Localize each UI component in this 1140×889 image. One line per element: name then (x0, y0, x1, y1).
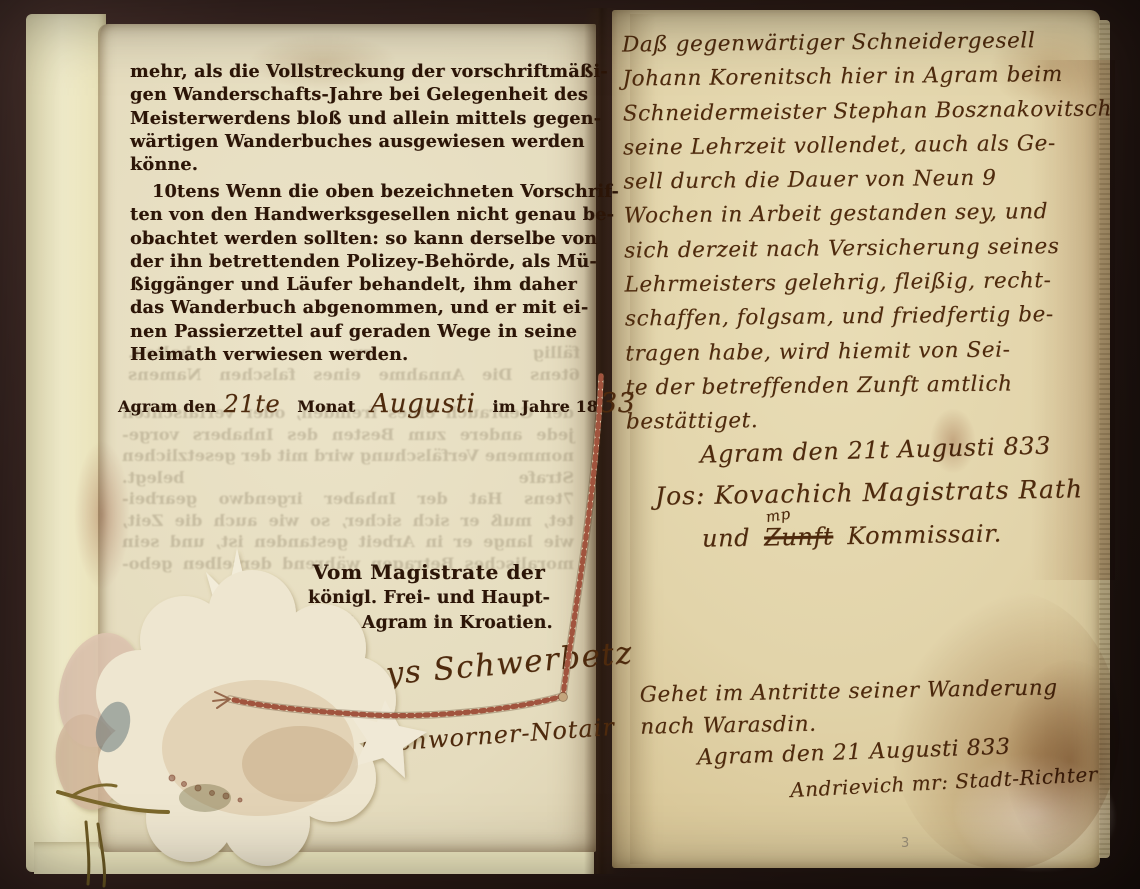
binding-cord (0, 0, 1140, 889)
book-photo: fällig zu halten.6tens Die Annahme eines… (0, 0, 1140, 889)
